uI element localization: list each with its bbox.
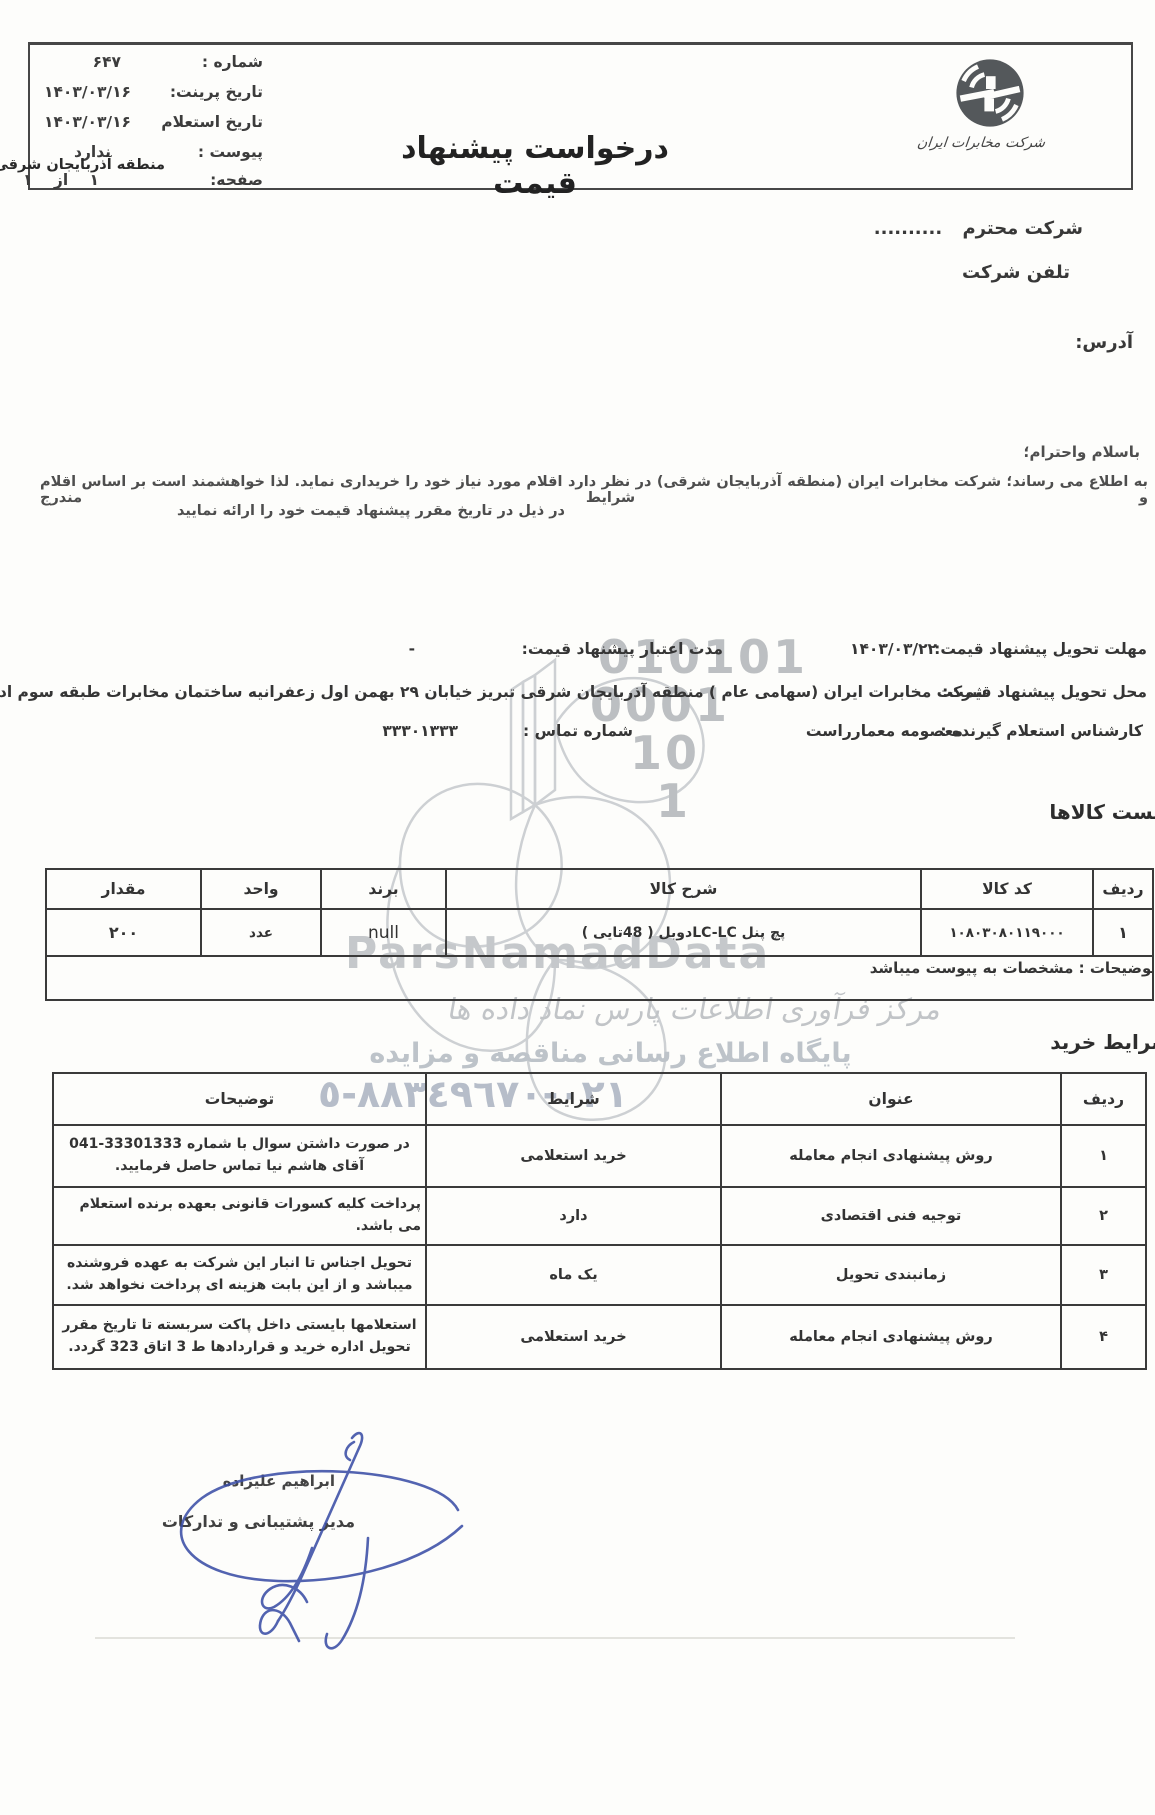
recipient-phone-label: تلفن شرکت bbox=[962, 262, 1070, 283]
terms-cell-condition: دارد bbox=[426, 1187, 721, 1245]
goods-header-row-number: ردیف bbox=[1093, 869, 1153, 909]
goods-cell-description: پچ پنل LC-LCدوبل ( 48تایی ) bbox=[446, 909, 921, 956]
greeting-body-line1: به اطلاع می رساند؛ شرکت مخابرات ایران (م… bbox=[40, 474, 1148, 506]
terms-cell-description: پرداخت کلیه کسورات قانونی بعهده برنده اس… bbox=[53, 1187, 426, 1245]
inquiry-date-value: ۱۴۰۳/۰۳/۱۶ bbox=[44, 113, 131, 131]
terms-cell-row-number: ۱ bbox=[1061, 1125, 1146, 1187]
terms-cell-title: روش پیشنهادی انجام معامله bbox=[721, 1305, 1061, 1369]
terms-header-title: عنوان bbox=[721, 1073, 1061, 1125]
deadline-label: مهلت تحویل پیشنهاد قیمت: bbox=[934, 640, 1147, 658]
terms-header-condition: شرایط bbox=[426, 1073, 721, 1125]
goods-header-brand: برند bbox=[321, 869, 446, 909]
document-title: درخواست پیشنهاد قیمت bbox=[370, 131, 700, 201]
goods-cell-brand: null bbox=[321, 909, 446, 956]
print-date-label: تاریخ پرینت: bbox=[170, 83, 263, 101]
goods-table: ردیف کد کالا شرح کالا برند واحد مقدار ۱ … bbox=[45, 868, 1154, 1001]
scanned-document-page: 010101 0001 10 1 ParsNamadData مرکز فرآو… bbox=[0, 0, 1155, 1815]
terms-cell-condition: خرید استعلامی bbox=[426, 1125, 721, 1187]
validity-label: مدت اعتبار پیشنهاد قیمت: bbox=[522, 640, 723, 658]
goods-note-cell: توضیحات : مشخصات به پیوست میباشد bbox=[46, 956, 1153, 1000]
page-value: ۱ از ۱ bbox=[23, 171, 99, 189]
region-name: منطقه آذربایجان شرقی bbox=[5, 157, 165, 173]
tci-logo-icon bbox=[954, 57, 1026, 129]
watermark-info-text: پایگاه اطلاع رسانی مناقصه و مزایده bbox=[338, 1038, 883, 1069]
expert-value: معصومه معمارراست bbox=[806, 722, 963, 740]
salutation: باسلام واحترام؛ bbox=[1024, 443, 1140, 461]
goods-cell-row-number: ۱ bbox=[1093, 909, 1153, 956]
terms-cell-row-number: ۴ bbox=[1061, 1305, 1146, 1369]
goods-note-text: توضیحات : مشخصات به پیوست میباشد bbox=[51, 959, 1153, 977]
terms-cell-description: در صورت داشتن سوال با شماره 33301333-041… bbox=[53, 1125, 426, 1187]
location-value: شرکت مخابرات ایران (سهامی عام ) منطقه آذ… bbox=[0, 683, 987, 701]
goods-section-title: لیست کالاها bbox=[1049, 800, 1155, 824]
header-box: شماره : ۶۴۷ تاریخ پرینت: ۱۴۰۳/۰۳/۱۶ تاری… bbox=[28, 42, 1133, 190]
goods-header-description: شرح کالا bbox=[446, 869, 921, 909]
print-date-value: ۱۴۰۳/۰۳/۱۶ bbox=[44, 83, 131, 101]
terms-row: ۱ روش پیشنهادی انجام معامله خرید استعلام… bbox=[53, 1125, 1146, 1187]
terms-cell-title: روش پیشنهادی انجام معامله bbox=[721, 1125, 1061, 1187]
terms-cell-condition: یک ماه bbox=[426, 1245, 721, 1305]
validity-value: - bbox=[409, 640, 415, 658]
recipient-company-line: شرکت محترم .......... bbox=[874, 218, 1083, 239]
terms-cell-title: زمانبندی تحویل bbox=[721, 1245, 1061, 1305]
terms-header-row-number: ردیف bbox=[1061, 1073, 1146, 1125]
goods-header-quantity: مقدار bbox=[46, 869, 201, 909]
recipient-company-label: شرکت محترم bbox=[962, 218, 1083, 239]
goods-cell-unit: عدد bbox=[201, 909, 321, 956]
terms-header-description: توضیحات bbox=[53, 1073, 426, 1125]
handwritten-signature bbox=[140, 1428, 500, 1658]
inquiry-date-label: تاریخ استعلام bbox=[161, 113, 263, 131]
greeting-body-line2: در ذیل در تاریخ مقرر پیشنهاد قیمت خود را… bbox=[177, 503, 565, 519]
terms-row: ۳ زمانبندی تحویل یک ماه تحویل اجناس تا ا… bbox=[53, 1245, 1146, 1305]
company-logo-block: شرکت مخابرات ایران bbox=[935, 57, 1045, 151]
goods-header-unit: واحد bbox=[201, 869, 321, 909]
goods-cell-quantity: ۲۰۰ bbox=[46, 909, 201, 956]
page-label: صفحه: bbox=[210, 171, 263, 189]
terms-row: ۲ توجیه فنی اقتصادی دارد پرداخت کلیه کسو… bbox=[53, 1187, 1146, 1245]
number-label: شماره : bbox=[202, 53, 263, 71]
terms-cell-condition: خرید استعلامی bbox=[426, 1305, 721, 1369]
watermark-digits-4: 1 bbox=[656, 774, 691, 828]
deadline-value: ۱۴۰۳/۰۳/۲۲ bbox=[850, 640, 937, 658]
expert-label: کارشناس استعلام گیرنده : bbox=[940, 722, 1143, 740]
terms-row: ۴ روش پیشنهادی انجام معامله خرید استعلام… bbox=[53, 1305, 1146, 1369]
contact-value: ۳۳۳۰۱۳۳۳ bbox=[382, 722, 458, 740]
watermark-digits-3: 10 bbox=[630, 726, 700, 780]
goods-header-row: ردیف کد کالا شرح کالا برند واحد مقدار bbox=[46, 869, 1153, 909]
terms-cell-description: استعلامها بایستی داخل پاکت سربسته تا تار… bbox=[53, 1305, 426, 1369]
number-value: ۶۴۷ bbox=[93, 53, 121, 71]
goods-data-row: ۱ ۱۰۸۰۳۰۸۰۱۱۹۰۰۰ پچ پنل LC-LCدوبل ( 48تا… bbox=[46, 909, 1153, 956]
company-script-text: شرکت مخابرات ایران bbox=[934, 135, 1046, 151]
terms-cell-row-number: ۳ bbox=[1061, 1245, 1146, 1305]
recipient-company-dots: .......... bbox=[874, 218, 942, 239]
goods-cell-code: ۱۰۸۰۳۰۸۰۱۱۹۰۰۰ bbox=[921, 909, 1093, 956]
terms-header-row: ردیف عنوان شرایط توضیحات bbox=[53, 1073, 1146, 1125]
terms-cell-title: توجیه فنی اقتصادی bbox=[721, 1187, 1061, 1245]
terms-section-title: شرایط خرید bbox=[1050, 1030, 1155, 1054]
recipient-address-label: آدرس: bbox=[1075, 332, 1133, 353]
terms-table: ردیف عنوان شرایط توضیحات ۱ روش پیشنهادی … bbox=[52, 1072, 1147, 1370]
goods-note-row: توضیحات : مشخصات به پیوست میباشد bbox=[46, 956, 1153, 1000]
attachment-label: پیوست : bbox=[198, 143, 263, 161]
terms-cell-description: تحویل اجناس تا انبار این شرکت به عهده فر… bbox=[53, 1245, 426, 1305]
goods-header-code: کد کالا bbox=[921, 869, 1093, 909]
contact-label: شماره تماس : bbox=[523, 722, 633, 740]
terms-cell-row-number: ۲ bbox=[1061, 1187, 1146, 1245]
